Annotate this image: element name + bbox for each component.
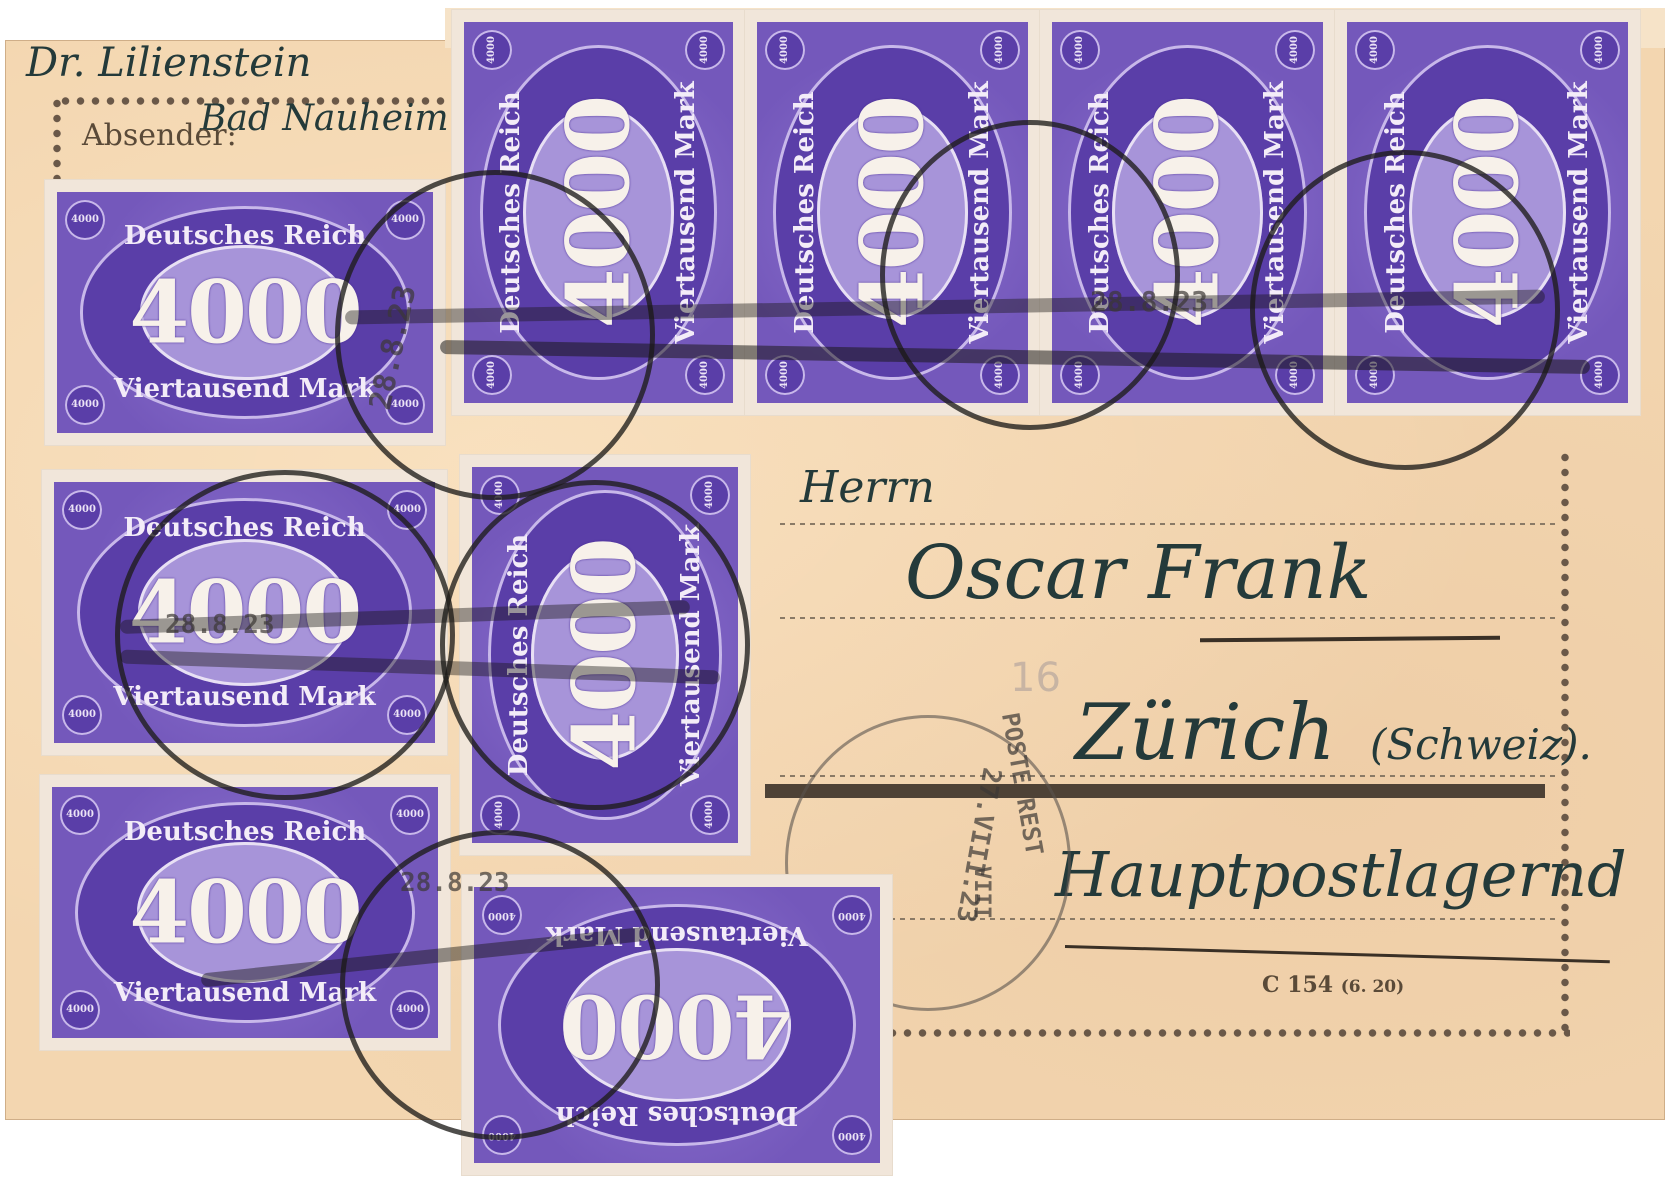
postmark-date-3: 28.8.23 [165,610,275,640]
stamp-corner-value: 4000 [1060,30,1100,70]
stamp-corner-value: 4000 [65,385,105,425]
stamp-corner-value: 4000 [60,795,100,835]
address-line-2 [780,617,1560,619]
form-number-date: (6. 20) [1341,977,1404,997]
stamp-corner-value: 4000 [60,990,100,1030]
stamp-corner-value: 4000 [832,1115,872,1155]
stamp-corner-value: 4000 [65,200,105,240]
address-line-1 [780,523,1560,525]
stamp-corner-value: 4000 [765,355,805,395]
stamp-corner-value: 4000 [980,30,1020,70]
stamp-corner-value: 4000 [472,30,512,70]
stamp-corner-value: 4000 [1275,30,1315,70]
postmark-date-4: 28.8.23 [400,868,510,898]
sender-name: Dr. Lilienstein [26,40,311,86]
stamp-corner-value: 4000 [765,30,805,70]
stamp-corner-value: 4000 [690,795,730,835]
pencil-note: 16 [1010,655,1061,701]
stamp-corner-value: 4000 [1355,30,1395,70]
stamp-corner-value: 4000 [685,30,725,70]
stamp-corner-value: 4000 [390,795,430,835]
stamp-value-words: Viertausend Mark [1564,22,1594,403]
recipient-delivery: Hauptpostlagernd [1055,838,1627,911]
postmark-circle-3 [1250,150,1560,470]
recipient-city: Zürich [1075,688,1336,778]
sender-place: Bad Nauheim. [200,98,460,139]
stamp-corner-value: 4000 [685,355,725,395]
form-number-code: C 154 [1262,972,1333,998]
postmark-date-2: 28.8.23 [1090,285,1208,318]
stamp-issuer: Deutsches Reich [52,817,438,847]
stamp-corner-value: 4000 [1580,30,1620,70]
address-frame-bottom [885,1028,1570,1038]
postmark-circle-5 [440,480,750,810]
recipient-name: Oscar Frank [905,530,1371,616]
stamp-corner-value: 4000 [690,475,730,515]
stamp-corner-value: 4000 [62,490,102,530]
postmark-circle-2 [880,120,1180,430]
swiss-postmark-zone: VIII [969,866,994,919]
stamp-corner-value: 4000 [480,795,520,835]
form-number: C 154 (6. 20) [1262,972,1404,998]
sender-label: Absender: [82,118,237,153]
stamp-corner-value: 4000 [62,695,102,735]
recipient-salutation: Herrn [800,462,935,513]
recipient-country: (Schweiz). [1370,720,1592,769]
stamp-corner-value: 4000 [832,895,872,935]
